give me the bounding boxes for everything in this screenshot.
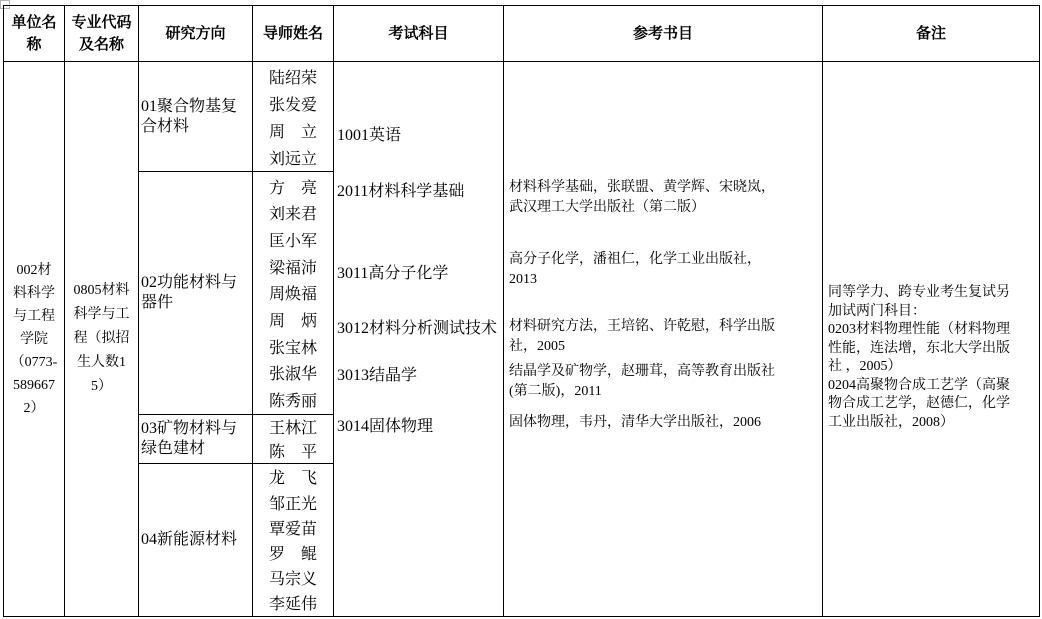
- col-header-remarks: 备注: [823, 6, 1040, 62]
- advisor-name: 陈 平: [269, 439, 317, 462]
- remarks-text: 同等学力、跨专业考生复试另加试两门科目：0203材料物理性能（材料物理性能，连法…: [828, 284, 1020, 432]
- exam-subjects-cell: 1001英语2011材料科学基础3011高分子化学3012材料分析测试技术301…: [334, 62, 504, 617]
- research-direction-text: 03矿物材料与绿色建材: [141, 419, 238, 459]
- advisors-cell-03: 王林江陈 平: [253, 414, 334, 463]
- research-direction-text: 01聚合物基复合材料: [141, 97, 238, 137]
- reference-book-item: 高分子化学，潘祖仁，化学工业出版社，2013: [509, 250, 785, 289]
- remarks-cell: 同等学力、跨专业考生复试另加试两门科目：0203材料物理性能（材料物理性能，连法…: [823, 62, 1040, 617]
- exam-subject-item: 3012材料分析测试技术: [337, 315, 497, 338]
- advisor-name: 陆绍荣: [269, 65, 317, 88]
- advisor-name: 覃爱苗: [269, 516, 317, 539]
- advisor-name: 张发爱: [269, 92, 317, 115]
- advisor-name: 张宝林: [269, 335, 317, 358]
- col-header-exam-subjects: 考试科目: [334, 6, 504, 62]
- advisor-name: 刘远立: [269, 146, 317, 169]
- remarks-wrap: 同等学力、跨专业考生复试另加试两门科目：0203材料物理性能（材料物理性能，连法…: [823, 62, 1039, 616]
- table-row: 002材料科学与工程学院（0773-5896672） 0805材料科学与工程（拟…: [4, 62, 1040, 172]
- col-header-research-direction: 研究方向: [139, 6, 253, 62]
- advisor-name: 马宗义: [269, 566, 317, 589]
- advisor-list: 陆绍荣张发爱周 立刘远立: [253, 63, 333, 171]
- research-direction-cell-01: 01聚合物基复合材料: [139, 62, 253, 172]
- exam-subject-item: 2011材料科学基础: [337, 178, 464, 201]
- exam-subject-item: 3014固体物理: [337, 413, 433, 436]
- advisor-name: 周 立: [269, 119, 317, 142]
- advisor-name: 李延伟: [269, 591, 317, 614]
- remark-line: 0203材料物理性能（材料物理性能，连法增，东北大学出版社 ，2005）: [828, 321, 1020, 377]
- research-direction-text: 04新能源材料: [141, 530, 238, 550]
- admissions-table: 单位名称 专业代码及名称 研究方向 导师姓名 考试科目 参考书目 备注 002材…: [3, 5, 1040, 617]
- advisor-name: 龙 飞: [269, 465, 317, 488]
- exam-subject-item: 3011高分子化学: [337, 260, 448, 283]
- exam-subjects-list: 1001英语2011材料科学基础3011高分子化学3012材料分析测试技术301…: [334, 62, 503, 616]
- exam-subject-item: 1001英语: [337, 122, 401, 145]
- advisor-name: 罗 鲲: [269, 541, 317, 564]
- research-direction-cell-04: 04新能源材料: [139, 463, 253, 616]
- reference-book-item: 材料研究方法，王培铭、许乾慰，科学出版社，2005: [509, 317, 785, 356]
- reference-books-list: 材料科学基础，张联盟、黄学辉、宋晓岚，武汉理工大学出版社（第二版）高分子化学，潘…: [504, 62, 822, 616]
- unit-name-cell: 002材料科学与工程学院（0773-5896672）: [4, 62, 65, 617]
- remark-line: 同等学力、跨专业考生复试另加试两门科目：: [828, 284, 1020, 321]
- major-code-cell: 0805材料科学与工程（拟招生人数15）: [65, 62, 139, 617]
- research-direction-text: 02功能材料与器件: [141, 273, 238, 313]
- advisor-name: 方 亮: [269, 175, 317, 198]
- advisor-name: 周焕福: [269, 281, 317, 304]
- advisor-name: 张淑华: [269, 361, 317, 384]
- advisor-name: 王林江: [269, 415, 317, 438]
- advisors-cell-02: 方 亮刘来君匡小军梁福沛周焕福周 炳张宝林张淑华陈秀丽: [253, 172, 334, 414]
- advisor-list: 龙 飞邹正光覃爱苗罗 鲲马宗义李延伟: [253, 464, 333, 615]
- research-direction-cell-02: 02功能材料与器件: [139, 172, 253, 414]
- reference-books-cell: 材料科学基础，张联盟、黄学辉、宋晓岚，武汉理工大学出版社（第二版）高分子化学，潘…: [504, 62, 823, 617]
- advisor-list: 王林江陈 平: [253, 415, 333, 462]
- col-header-advisor-name: 导师姓名: [253, 6, 334, 62]
- advisor-name: 刘来君: [269, 201, 317, 224]
- col-header-major-code-name: 专业代码及名称: [65, 6, 139, 62]
- exam-subject-item: 3013结晶学: [337, 362, 417, 385]
- advisor-list: 方 亮刘来君匡小军梁福沛周焕福周 炳张宝林张淑华陈秀丽: [253, 173, 333, 413]
- reference-book-item: 结晶学及矿物学，赵珊茸，高等教育出版社(第二版)，2011: [509, 362, 785, 401]
- advisors-cell-01: 陆绍荣张发爱周 立刘远立: [253, 62, 334, 172]
- col-header-reference-books: 参考书目: [504, 6, 823, 62]
- remark-line: 0204高聚物合成工艺学（高聚物合成工艺学，赵德仁，化学工业出版社，2008）: [828, 377, 1020, 433]
- col-header-unit-name: 单位名称: [4, 6, 65, 62]
- advisors-cell-04: 龙 飞邹正光覃爱苗罗 鲲马宗义李延伟: [253, 463, 334, 616]
- advisor-name: 匡小军: [269, 228, 317, 251]
- research-direction-cell-03: 03矿物材料与绿色建材: [139, 414, 253, 463]
- reference-book-item: 材料科学基础，张联盟、黄学辉、宋晓岚，武汉理工大学出版社（第二版）: [509, 178, 785, 217]
- advisor-name: 周 炳: [269, 308, 317, 331]
- advisor-name: 梁福沛: [269, 255, 317, 278]
- advisor-name: 陈秀丽: [269, 388, 317, 411]
- header-row: 单位名称 专业代码及名称 研究方向 导师姓名 考试科目 参考书目 备注: [4, 6, 1040, 62]
- advisor-name: 邹正光: [269, 491, 317, 514]
- reference-book-item: 固体物理，韦丹，清华大学出版社，2006: [509, 413, 785, 433]
